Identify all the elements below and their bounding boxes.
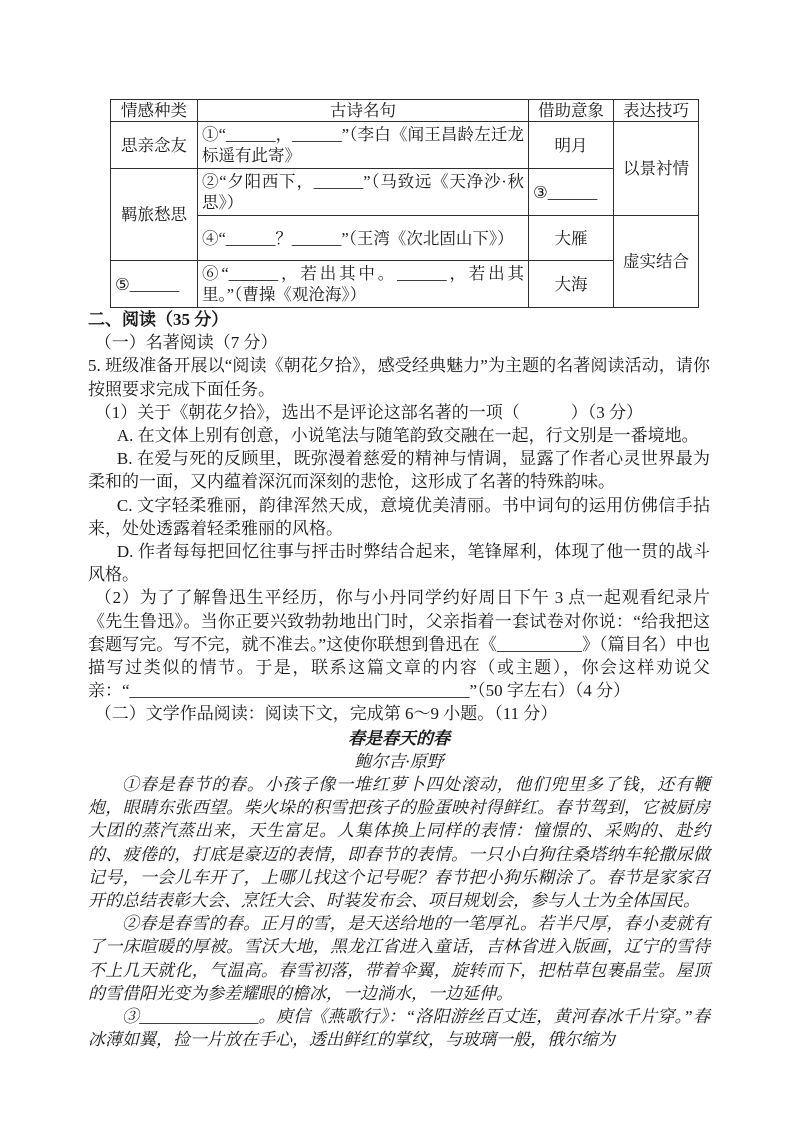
table-row: ⑤______ ⑥“______，若出其中。______，若出其里。”（曹操《观…	[111, 261, 699, 308]
poem-table-wrap: 情感种类 古诗名句 借助意象 表达技巧 思亲念友 ①“______，______…	[110, 99, 699, 308]
passage-author: 鲍尔吉·原野	[88, 750, 710, 773]
table-header-row: 情感种类 古诗名句 借助意象 表达技巧	[111, 100, 699, 122]
cell-verse-2: ②“夕阳西下，______”（马致远《天净沙·秋思》）	[198, 169, 529, 216]
option-c: C. 文字轻柔雅丽，韵律浑然天成，意境优美清丽。书中词句的运用仿佛信手拈来，处处…	[88, 494, 710, 540]
table-row: ④“______？______”（王湾《次北固山下》） 大雁 虚实结合	[111, 216, 699, 261]
cell-verse-1: ①“______，______”（李白《闻王昌龄左迁龙标遥有此寄》	[198, 122, 529, 169]
cell-emotion-1: 思亲念友	[111, 122, 198, 169]
cell-technique-top: 以景衬情	[614, 122, 699, 216]
cell-image-2-blank: ③______	[529, 169, 614, 216]
cell-image-1: 明月	[529, 122, 614, 169]
cell-verse-4: ⑥“______，若出其中。______，若出其里。”（曹操《观沧海》）	[198, 261, 529, 308]
table-row: 思亲念友 ①“______，______”（李白《闻王昌龄左迁龙标遥有此寄》 明…	[111, 122, 699, 169]
column-header-technique: 表达技巧	[614, 100, 699, 122]
cell-emotion-2: 羁旅愁思	[111, 169, 198, 261]
cell-technique-bottom: 虚实结合	[614, 216, 699, 308]
subsection-famous-works: （一）名著阅读（7 分）	[88, 331, 710, 354]
cell-verse-3: ④“______？______”（王湾《次北固山下》）	[198, 216, 529, 261]
option-a: A. 在文体上别有创意，小说笔法与随笔韵致交融在一起，行文别是一番境地。	[88, 424, 710, 447]
passage-paragraph-2: ②春是春雪的春。正月的雪，是天送给地的一笔厚礼。若半尺厚，春小麦就有了一床暄暖的…	[88, 912, 710, 1005]
exam-page: 情感种类 古诗名句 借助意象 表达技巧 思亲念友 ①“______，______…	[0, 0, 794, 1123]
passage-paragraph-1: ①春是春节的春。小孩子像一堆红萝卜四处滚动，他们兜里多了钱，还有鞭炮，眼睛东张西…	[88, 773, 710, 912]
passage-paragraph-3: ③______________。庾信《燕歌行》：“洛阳游丝百丈连，黄河春冰千片穿…	[88, 1005, 710, 1051]
passage-title: 春是春天的春	[88, 727, 710, 750]
column-header-emotion: 情感种类	[111, 100, 198, 122]
column-header-image: 借助意象	[529, 100, 614, 122]
question-5-part1: （1）关于《朝花夕拾》，选出不是评论这部名著的一项（ ）（3 分）	[88, 401, 710, 424]
section-2-heading: 二、阅读（35 分）	[88, 308, 710, 331]
column-header-verse: 古诗名句	[198, 100, 529, 122]
poem-table: 情感种类 古诗名句 借助意象 表达技巧 思亲念友 ①“______，______…	[110, 99, 699, 308]
option-b: B. 在爱与死的反顾里，既弥漫着慈爱的精神与情调，显露了作者心灵世界最为柔和的一…	[88, 447, 710, 493]
cell-emotion-4-blank: ⑤______	[111, 261, 198, 308]
subsection-literature: （二）文学作品阅读：阅读下文，完成第 6～9 小题。（11 分）	[88, 702, 710, 725]
cell-image-3: 大雁	[529, 216, 614, 261]
exam-body: 二、阅读（35 分） （一）名著阅读（7 分） 5. 班级准备开展以“阅读《朝花…	[88, 308, 710, 1052]
option-d: D. 作者每每把回忆往事与抨击时弊结合起来，笔锋犀利，体现了他一贯的战斗风格。	[88, 540, 710, 586]
question-5-part2: （2）为了了解鲁迅生平经历，你与小丹同学约好周日下午 3 点一起观看纪录片《先生…	[88, 586, 710, 702]
question-5-intro: 5. 班级准备开展以“阅读《朝花夕拾》，感受经典魅力”为主题的名著阅读活动，请你…	[88, 354, 710, 400]
table-row: 羁旅愁思 ②“夕阳西下，______”（马致远《天净沙·秋思》） ③______	[111, 169, 699, 216]
cell-image-4: 大海	[529, 261, 614, 308]
